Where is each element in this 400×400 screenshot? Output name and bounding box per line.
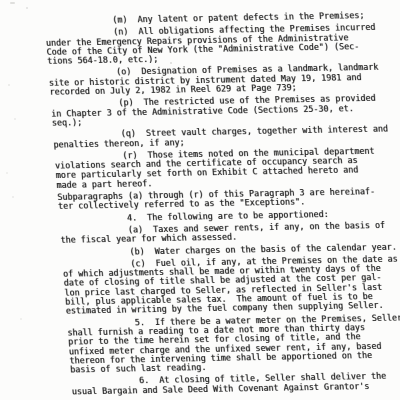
scan-speck bbox=[12, 196, 14, 198]
paragraph-r: (r) Those items noted on the municipal d… bbox=[54, 146, 397, 189]
paragraph-5: 5. If there be a water meter on the Prem… bbox=[66, 313, 400, 375]
paragraph-o: (o) Designation of Premises as a landmar… bbox=[48, 63, 390, 97]
paragraph-p: (p) The restricted use of the Premises a… bbox=[50, 94, 392, 128]
paragraph-n: (n) All obligations affecting the Premis… bbox=[45, 23, 388, 66]
paragraph-6: 6. At closing of title, Seller shall del… bbox=[71, 372, 400, 397]
scan-speck bbox=[8, 84, 10, 86]
document-page: (m) Any latent or patent defects in the … bbox=[0, 0, 400, 400]
scan-speck bbox=[10, 2, 15, 4]
scan-speck bbox=[26, 7, 28, 9]
scan-speck bbox=[14, 118, 16, 120]
contract-text-block: (m) Any latent or patent defects in the … bbox=[44, 11, 400, 397]
paragraph-subparagraphs-note: Subparagraphs (a) through (r) of this Pa… bbox=[57, 187, 398, 212]
scan-speck bbox=[20, 318, 22, 320]
scan-speck bbox=[6, 172, 8, 174]
paragraph-4c: (c) Fuel oil, if any, at the Premises on… bbox=[62, 254, 400, 316]
